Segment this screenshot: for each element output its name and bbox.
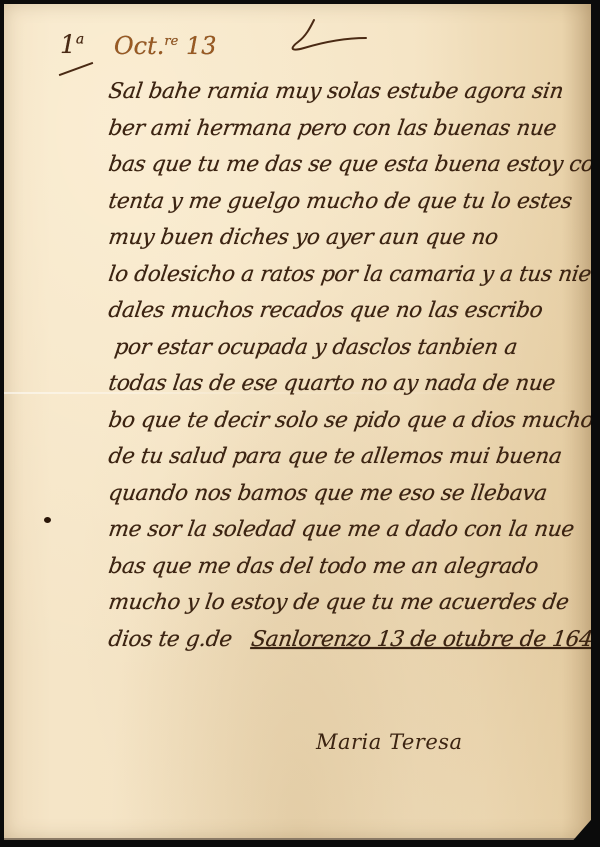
date-annotation: Oct.re 13 [114, 32, 217, 60]
date-annotation-month: Oct. [114, 32, 164, 60]
date-annotation-day: 13 [186, 32, 217, 60]
ink-blot [44, 517, 51, 523]
cross-flourish-icon [284, 18, 374, 52]
letter-line: por estar ocupada y dasclos tanbien a [106, 330, 591, 367]
date-annotation-superscript: re [164, 34, 178, 49]
letter-line: muy buen diches yo ayer aun que no [106, 220, 591, 257]
letter-blessing: dios te g.de [107, 627, 234, 652]
place-and-date-text: Sanlorenzo 13 de otubre de 164? [250, 627, 600, 652]
letter-line: ber ami hermana pero con las buenas nue [106, 111, 591, 148]
letter-line: bas que me das del todo me an alegrado [106, 549, 591, 586]
letter-line: mucho y lo estoy de que tu me acuerdes d… [106, 585, 591, 622]
letter-closing-line: dios te g.de Sanlorenzo 13 de otubre de … [106, 622, 591, 659]
letter-line: me sor la soledad que me a dado con la n… [106, 512, 591, 549]
signature: Maria Teresa [316, 730, 463, 754]
letter-line: de tu salud para que te allemos mui buen… [106, 439, 591, 476]
letter-paper: 1a Oct.re 13 Sal bahe ramia muy solas es… [4, 4, 591, 840]
letter-line: todas las de ese quarto no ay nada de nu… [106, 366, 591, 403]
letter-line: bo que te decir solo se pido que a dios … [106, 403, 591, 440]
letter-number: 1a [60, 30, 84, 59]
place-and-date: Sanlorenzo 13 de otubre de 164? [250, 627, 600, 652]
letter-line: quando nos bamos que me eso se llebava [106, 476, 591, 513]
letter-line: bas que tu me das se que esta buena esto… [106, 147, 591, 184]
letter-number-value: 1 [60, 30, 76, 59]
letter-body: Sal bahe ramia muy solas estube agora si… [106, 74, 586, 658]
document-frame: 1a Oct.re 13 Sal bahe ramia muy solas es… [0, 0, 600, 847]
letter-line: Sal bahe ramia muy solas estube agora si… [106, 74, 591, 111]
letter-line: lo dolesicho a ratos por la camaria y a … [106, 257, 591, 294]
letter-line: tenta y me guelgo mucho de que tu lo est… [106, 184, 591, 221]
letter-line: dales muchos recados que no las escribo [106, 293, 591, 330]
letter-number-superscript: a [76, 32, 84, 48]
letter-number-underline [59, 62, 94, 76]
